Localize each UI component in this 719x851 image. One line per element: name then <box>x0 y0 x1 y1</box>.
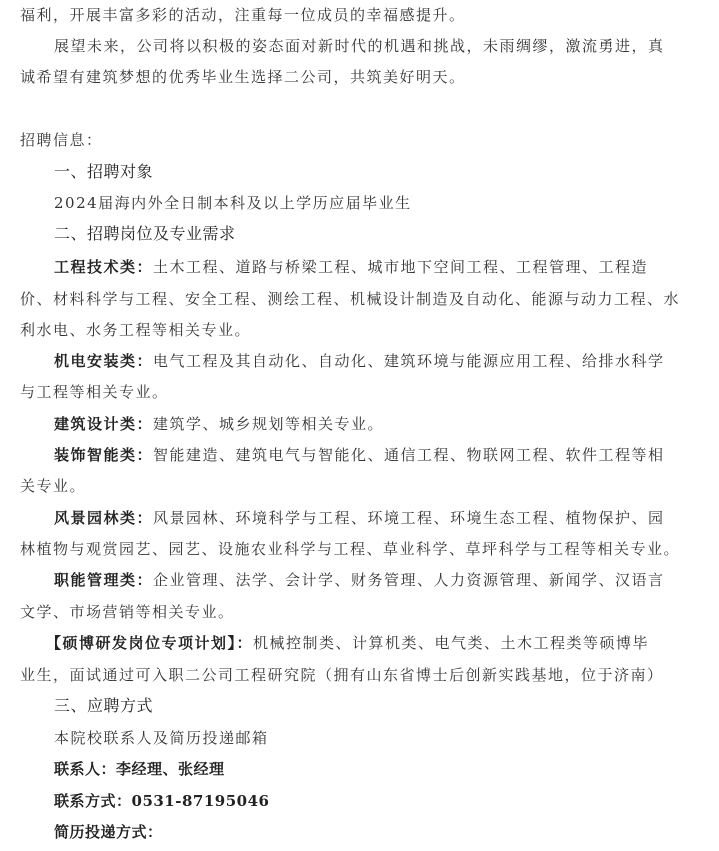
section-3-body: 本院校联系人及简历投递邮箱 <box>54 726 707 750</box>
category-text: 智能建造、建筑电气与智能化、通信工程、物联网工程、软件工程等相 <box>153 446 665 464</box>
resume-submission-method: 简历投递方式： <box>54 820 707 844</box>
category-label: 风景园林类： <box>54 509 153 527</box>
category-text: 风景园林、环境科学与工程、环境工程、环境生态工程、植物保护、园 <box>153 509 665 527</box>
contact-phone[interactable]: 联系方式：0531-87195046 <box>54 789 707 813</box>
category-label: 建筑设计类： <box>54 415 153 433</box>
section-3-title: 三、应聘方式 <box>54 694 707 718</box>
category-decoration-smart-line-2: 关专业。 <box>20 474 707 498</box>
category-text: 企业管理、法学、会计学、财务管理、人力资源管理、新闻学、汉语言 <box>153 571 665 589</box>
category-text: 机械控制类、计算机类、电气类、土木工程类等硕博毕 <box>253 634 649 652</box>
intro-line-3: 诚希望有建筑梦想的优秀毕业生选择二公司，共筑美好明天。 <box>20 65 707 89</box>
category-management-line-2: 文学、市场营销等相关专业。 <box>20 600 707 624</box>
category-landscape-line-2: 林植物与观赏园艺、园艺、设施农业科学与工程、草业科学、草坪科学与工程等相关专业。 <box>20 537 707 561</box>
intro-line-1: 福利，开展丰富多彩的活动，注重每一位成员的幸福感提升。 <box>20 3 707 27</box>
category-engineering: 工程技术类：土木工程、道路与桥梁工程、城市地下空间工程、工程管理、工程造 <box>54 255 707 279</box>
section-1-title: 一、招聘对象 <box>54 160 707 184</box>
category-label: 职能管理类： <box>54 571 153 589</box>
category-engineering-line-2: 价、材料科学与工程、安全工程、测绘工程、机械设计制造及自动化、能源与动力工程、水 <box>20 287 707 311</box>
category-engineering-line-3: 利水电、水务工程等相关专业。 <box>20 318 707 342</box>
category-label: 装饰智能类： <box>54 446 153 464</box>
category-mep-line-2: 与工程等相关专业。 <box>20 380 707 404</box>
category-masters-phd-program: 【硕博研发岗位专项计划】：机械控制类、计算机类、电气类、土木工程类等硕博毕 <box>46 631 707 655</box>
category-mep: 机电安装类：电气工程及其自动化、自动化、建筑环境与能源应用工程、给排水科学 <box>54 349 707 373</box>
category-masters-phd-program-line-2: 业生，面试通过可入职二公司工程研究院（拥有山东省博士后创新实践基地，位于济南） <box>20 663 707 687</box>
category-text: 土木工程、道路与桥梁工程、城市地下空间工程、工程管理、工程造 <box>153 258 648 276</box>
category-label: 机电安装类： <box>54 352 153 370</box>
category-management: 职能管理类：企业管理、法学、会计学、财务管理、人力资源管理、新闻学、汉语言 <box>54 568 707 592</box>
contact-person: 联系人：李经理、张经理 <box>54 757 707 781</box>
section-2-title: 二、招聘岗位及专业需求 <box>54 222 707 246</box>
category-landscape: 风景园林类：风景园林、环境科学与工程、环境工程、环境生态工程、植物保护、园 <box>54 506 707 530</box>
category-text: 建筑学、城乡规划等相关专业。 <box>153 415 384 433</box>
category-text: 电气工程及其自动化、自动化、建筑环境与能源应用工程、给排水科学 <box>153 352 665 370</box>
section-1-body: 2024届海内外全日制本科及以上学历应届毕业生 <box>54 191 707 215</box>
recruit-info-label: 招聘信息： <box>20 128 707 152</box>
category-label: 工程技术类： <box>54 258 153 276</box>
category-architecture: 建筑设计类：建筑学、城乡规划等相关专业。 <box>54 412 707 436</box>
category-label: 【硕博研发岗位专项计划】： <box>46 634 253 652</box>
intro-line-2: 展望未来，公司将以积极的姿态面对新时代的机遇和挑战，未雨绸缪，激流勇进，真 <box>54 34 707 58</box>
category-decoration-smart: 装饰智能类：智能建造、建筑电气与智能化、通信工程、物联网工程、软件工程等相 <box>54 443 707 467</box>
